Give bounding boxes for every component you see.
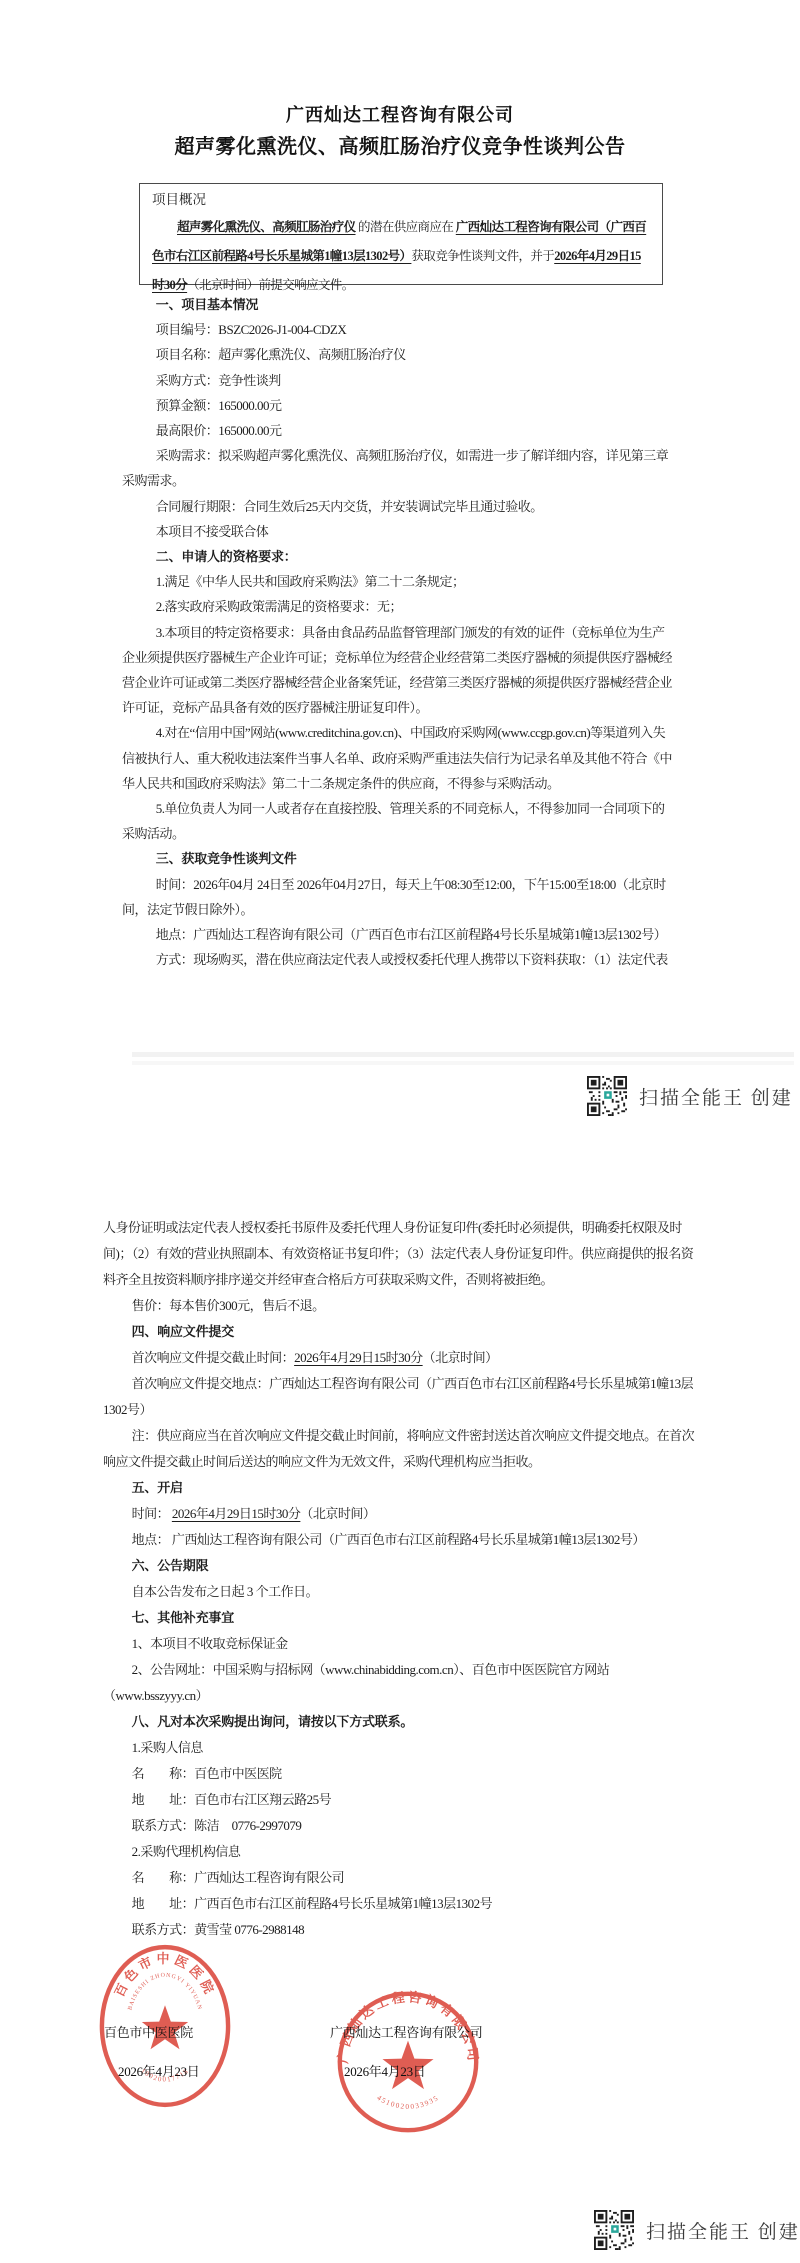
purchaser-seal-pinyin: BAISESHI ZHONGYI YIYUAN [127,1973,202,2011]
purchaser-signature-date: 2026年4月23日 [118,2061,200,2080]
opening-time-suffix: （北京时间） [300,1506,375,1521]
max-price: 最高限价：165000.00元 [122,418,672,443]
agency-contact-line: 联系方式：黄雪莹 0776-2988148 [103,1917,695,1943]
opening-time: 时间： 2026年4月29日15时30分（北京时间） [103,1501,695,1527]
agency-signature-block: 广西灿达工程咨询有限公司 2026年4月23日 [330,2022,482,2080]
project-number: 项目编号：BSZC2026-J1-004-CDZX [122,317,672,342]
company-title: 广西灿达工程咨询有限公司 [3,101,797,127]
qr-code-icon [594,2210,634,2250]
section2-heading: 二、申请人的资格要求： [122,544,672,569]
supplement-1: 1、本项目不收取竞标保证金 [103,1631,695,1657]
agency-seal-serial: 4510020033935 [375,2093,440,2111]
document-method-part2: 人身份证明或法定代表人授权委托书原件及委托代理人身份证复印件(委托时必须提供，明… [103,1215,695,1293]
contract-term: 合同履行期限：合同生效后25天内交货，并安装调试完毕且通过验收。 [122,494,672,519]
overview-paragraph: 超声雾化熏洗仪、高频肛肠治疗仪 的潜在供应商应在 广西灿达工程咨询有限公司（广西… [152,213,650,300]
page-break-shadow-2 [132,1061,794,1065]
qualification-5: 5.单位负责人为同一人或者存在直接控股、管理关系的不同竞标人，不得参加同一合同项… [122,796,672,846]
opening-time-value: 2026年4月29日15时30分 [172,1506,301,1521]
overview-project-name: 超声雾化熏洗仪、高频肛肠治疗仪 [177,220,356,234]
overview-text-1: 的潜在供应商应在 [356,220,456,234]
section7-heading: 七、其他补充事宜 [103,1605,695,1631]
deadline-label: 首次响应文件提交截止时间： [132,1350,295,1365]
scan-watermark-top: 扫描全能王 创建 [587,1076,793,1116]
deadline-suffix: （北京时间） [423,1350,498,1365]
svg-text:BAISESHI ZHONGYI YIYUAN: BAISESHI ZHONGYI YIYUAN [127,1973,202,2011]
qualification-4: 4.对在“信用中国”网站(www.creditchina.gov.cn)、中国政… [122,720,672,796]
section1-heading: 一、项目基本情况 [122,292,672,317]
page2-body: 人身份证明或法定代表人授权委托书原件及委托代理人身份证复印件(委托时必须提供，明… [103,1215,695,1943]
submission-deadline: 首次响应文件提交截止时间：2026年4月29日15时30分（北京时间） [103,1345,695,1371]
supplement-2: 2、公告网址：中国采购与招标网（www.chinabidding.com.cn）… [103,1657,695,1709]
purchaser-contact-line: 联系方式：陈洁 0776-2997079 [103,1813,695,1839]
scan-watermark-label: 扫描全能王 创建 [646,2217,800,2244]
budget-amount: 预算金额：165000.00元 [122,393,672,418]
agency-info-title: 2.采购代理机构信息 [103,1839,695,1865]
qualification-1: 1.满足《中华人民共和国政府采购法》第二十二条规定； [122,569,672,594]
qualification-2: 2.落实政府采购政策需满足的资格要求：无； [122,594,672,619]
qr-code-icon [587,1076,627,1116]
agency-name-line: 名 称：广西灿达工程咨询有限公司 [103,1865,695,1891]
document-time: 时间：2026年04月 24日至 2026年04月27日，每天上午08:30至1… [122,872,672,922]
project-overview-box: 项目概况 超声雾化熏洗仪、高频肛肠治疗仪 的潜在供应商应在 广西灿达工程咨询有限… [139,183,663,285]
opening-time-label: 时间： [132,1506,172,1521]
section3-heading: 三、获取竞争性谈判文件 [122,846,672,871]
scan-watermark-label: 扫描全能王 创建 [639,1083,793,1110]
no-consortium-note: 本项目不接受联合体 [122,519,672,544]
page-break-shadow [132,1052,794,1057]
scan-watermark-bottom: 扫描全能王 创建 [594,2210,800,2250]
submission-note: 注：供应商应当在首次响应文件提交截止时间前，将响应文件密封送达首次响应文件提交地… [103,1423,695,1475]
procurement-method: 采购方式：竞争性谈判 [122,368,672,393]
purchaser-name-line: 名 称：百色市中医医院 [103,1761,695,1787]
purchaser-signature-name: 百色市中医医院 [104,2022,200,2041]
purchaser-signature-block: 百色市中医医院 2026年4月23日 [104,2022,200,2080]
document-method-part1: 方式：现场购买，潜在供应商法定代表人或授权委托代理人携带以下资料获取：（1）法定… [122,947,672,972]
section5-heading: 五、开启 [103,1475,695,1501]
purchaser-info-title: 1.采购人信息 [103,1735,695,1761]
agency-signature-name: 广西灿达工程咨询有限公司 [330,2022,482,2041]
qualification-3: 3.本项目的特定资格要求：具备由食品药品监督管理部门颁发的有效的证件（竞标单位为… [122,620,672,721]
deadline-value: 2026年4月29日15时30分 [294,1350,423,1365]
overview-text-3: （北京时间）前提交响应文件。 [187,278,354,292]
announcement-document: 广西灿达工程咨询有限公司 超声雾化熏洗仪、高频肛肠治疗仪竞争性谈判公告 项目概况… [0,0,800,2263]
purchaser-address-line: 地 址：百色市右江区翔云路25号 [103,1787,695,1813]
document-place: 地点：广西灿达工程咨询有限公司（广西百色市右江区前程路4号长乐星城第1幢13层1… [122,922,672,947]
page1-body: 一、项目基本情况 项目编号：BSZC2026-J1-004-CDZX 项目名称：… [122,292,672,972]
submission-place: 首次响应文件提交地点：广西灿达工程咨询有限公司（广西百色市右江区前程路4号长乐星… [103,1371,695,1423]
announcement-period: 自本公告发布之日起 3 个工作日。 [103,1579,695,1605]
procurement-demand: 采购需求：拟采购超声雾化熏洗仪、高频肛肠治疗仪，如需进一步了解详细内容，详见第三… [122,443,672,493]
overview-label: 项目概况 [152,189,650,211]
section4-heading: 四、响应文件提交 [103,1319,695,1345]
agency-signature-date: 2026年4月23日 [344,2061,482,2080]
document-price: 售价：每本售价300元，售后不退。 [103,1293,695,1319]
opening-place: 地点： 广西灿达工程咨询有限公司（广西百色市右江区前程路4号长乐星城第1幢13层… [103,1527,695,1553]
section8-heading: 八、凡对本次采购提出询问，请按以下方式联系。 [103,1709,695,1735]
announcement-title: 超声雾化熏洗仪、高频肛肠治疗仪竞争性谈判公告 [3,130,797,159]
svg-text:4510020033935: 4510020033935 [375,2093,440,2111]
section6-heading: 六、公告期限 [103,1553,695,1579]
overview-text-2: 获取竞争性谈判文件，并于 [411,249,554,263]
project-name: 项目名称：超声雾化熏洗仪、高频肛肠治疗仪 [122,342,672,367]
agency-address-line: 地 址：广西百色市右江区前程路4号长乐星城第1幢13层1302号 [103,1891,695,1917]
